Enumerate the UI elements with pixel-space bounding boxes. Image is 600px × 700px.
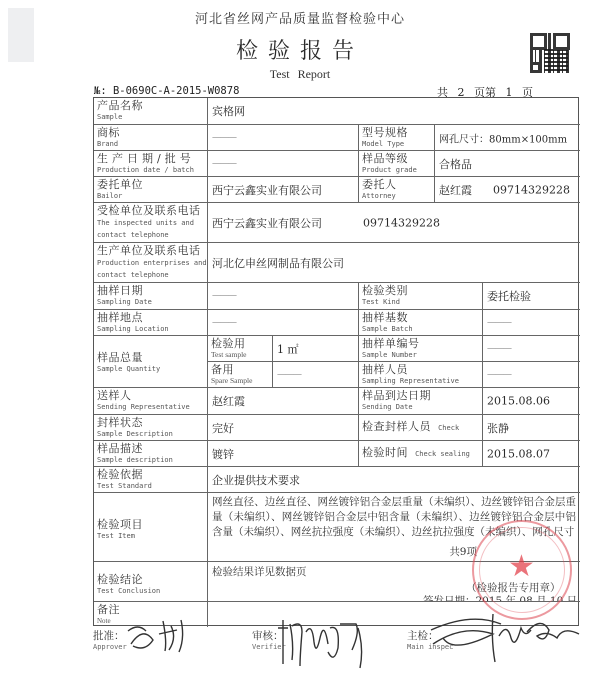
value-sampling-date: ——— bbox=[208, 283, 359, 310]
signature-main-inspector: 主检： Main inspec bbox=[407, 628, 453, 651]
official-seal-stamp: ★ bbox=[472, 520, 572, 620]
label-sampling-representative: 抽样人员Sampling Representative bbox=[359, 362, 483, 388]
label-check-sealing-time: 检验时间 Check sealing sample time bbox=[359, 441, 483, 467]
label-test-kind: 检验类别Test Kind bbox=[359, 283, 483, 310]
value-sending-date: 2015.08.06 bbox=[483, 388, 580, 415]
value-sample-description: 镀锌 bbox=[208, 441, 359, 467]
value-test-standard: 企业提供技术要求 bbox=[208, 467, 580, 493]
value-sending-representative: 赵红霞 bbox=[208, 388, 359, 415]
label-sample-number: 抽样单编号Sample Number bbox=[359, 336, 483, 362]
label-sample-batch: 抽样基数Sample Batch bbox=[359, 310, 483, 336]
label-sampling-date: 抽样日期Sampling Date bbox=[94, 283, 208, 310]
value-brand: ——— bbox=[208, 125, 359, 151]
inspected-unit-phone: 09714329228 bbox=[363, 216, 440, 229]
label-test-standard: 检验依据Test Standard bbox=[94, 467, 208, 493]
conclusion-text: 检验结果详见数据页 bbox=[212, 564, 307, 579]
label-sending-representative: 送样人Sending Representative bbox=[94, 388, 208, 415]
value-production-enterprise: 河北亿申丝网制品有限公司 bbox=[208, 243, 580, 283]
value-inspected-unit: 西宁云鑫实业有限公司 09714329228 bbox=[208, 203, 580, 243]
label-sending-date: 样品到达日期Sending Date bbox=[359, 388, 483, 415]
value-test-sample: 1 ㎡ bbox=[273, 336, 359, 362]
label-sample: 产品名称Sample bbox=[94, 98, 208, 125]
signature-verifier: 审核： Verifier bbox=[252, 628, 286, 651]
label-sample-description: 样品描述Sample description bbox=[94, 441, 208, 467]
report-number: №: B-0690C-A-2015-W0878 bbox=[94, 85, 239, 97]
value-sampling-location: ——— bbox=[208, 310, 359, 336]
label-sampling-location: 抽样地点Sampling Location bbox=[94, 310, 208, 336]
value-sampling-representative: ——— bbox=[483, 362, 580, 388]
value-bailor: 西宁云鑫实业有限公司 bbox=[208, 177, 359, 203]
document-title: 检验报告 bbox=[0, 34, 600, 65]
star-icon: ★ bbox=[508, 552, 535, 582]
qr-code-icon bbox=[530, 33, 570, 73]
value-sample-number: ——— bbox=[483, 336, 580, 362]
label-test-sample: 检验用Test sample bbox=[208, 336, 273, 362]
document-subtitle: Test Report bbox=[0, 67, 600, 82]
label-test-item: 检验项目Test Item bbox=[94, 493, 208, 562]
value-check-sealing-personnel: 张静 bbox=[483, 415, 580, 441]
label-production-date: 生产日期/批号Production date / batch bbox=[94, 151, 208, 177]
value-production-date: ——— bbox=[208, 151, 359, 177]
label-model-type: 型号规格Model Type bbox=[359, 125, 435, 151]
label-sample-quantity: 样品总量Sample Quantity bbox=[94, 336, 208, 388]
value-test-kind: 委托检验 bbox=[483, 283, 580, 310]
handwritten-signature-icon bbox=[123, 616, 203, 656]
value-check-sealing-time: 2015.08.07 bbox=[483, 441, 580, 467]
value-spare-sample: ——— bbox=[273, 362, 359, 388]
value-product-grade: 合格品 bbox=[435, 151, 580, 177]
label-bailor: 委托单位Bailor bbox=[94, 177, 208, 203]
label-attorney: 委托人Attorney bbox=[359, 177, 435, 203]
label-test-conclusion: 检验结论Test Conclusion bbox=[94, 562, 208, 602]
signature-approver: 批准： Approver bbox=[93, 628, 127, 651]
label-sample-seal-state: 封样状态Sample Description bbox=[94, 415, 208, 441]
label-spare-sample: 备用Spare Sample bbox=[208, 362, 273, 388]
value-sample-seal-state: 完好 bbox=[208, 415, 359, 441]
handwritten-signature-icon bbox=[427, 610, 587, 665]
inspected-unit-name: 西宁云鑫实业有限公司 bbox=[212, 215, 322, 231]
value-model-type: 网孔尺寸：80mm×100mm bbox=[435, 125, 580, 151]
handwritten-signature-icon bbox=[274, 618, 384, 673]
value-sample-batch: ——— bbox=[483, 310, 580, 336]
value-sample: 宾格网 bbox=[208, 98, 580, 125]
label-brand: 商标Brand bbox=[94, 125, 208, 151]
label-production-enterprise: 生产单位及联系电话Production enterprises and cont… bbox=[94, 243, 208, 283]
label-inspected-unit: 受检单位及联系电话The inspected units and contact… bbox=[94, 203, 208, 243]
organization-name: 河北省丝网产品质量监督检验中心 bbox=[0, 8, 600, 27]
attorney-phone: 09714329228 bbox=[493, 183, 570, 196]
label-check-sealing-personnel: 检查封样人员 Check sealing sample personnel bbox=[359, 415, 483, 441]
label-product-grade: 样品等级Product grade bbox=[359, 151, 435, 177]
attorney-name: 赵红霞 bbox=[439, 182, 472, 198]
value-attorney: 赵红霞 09714329228 bbox=[435, 177, 580, 203]
